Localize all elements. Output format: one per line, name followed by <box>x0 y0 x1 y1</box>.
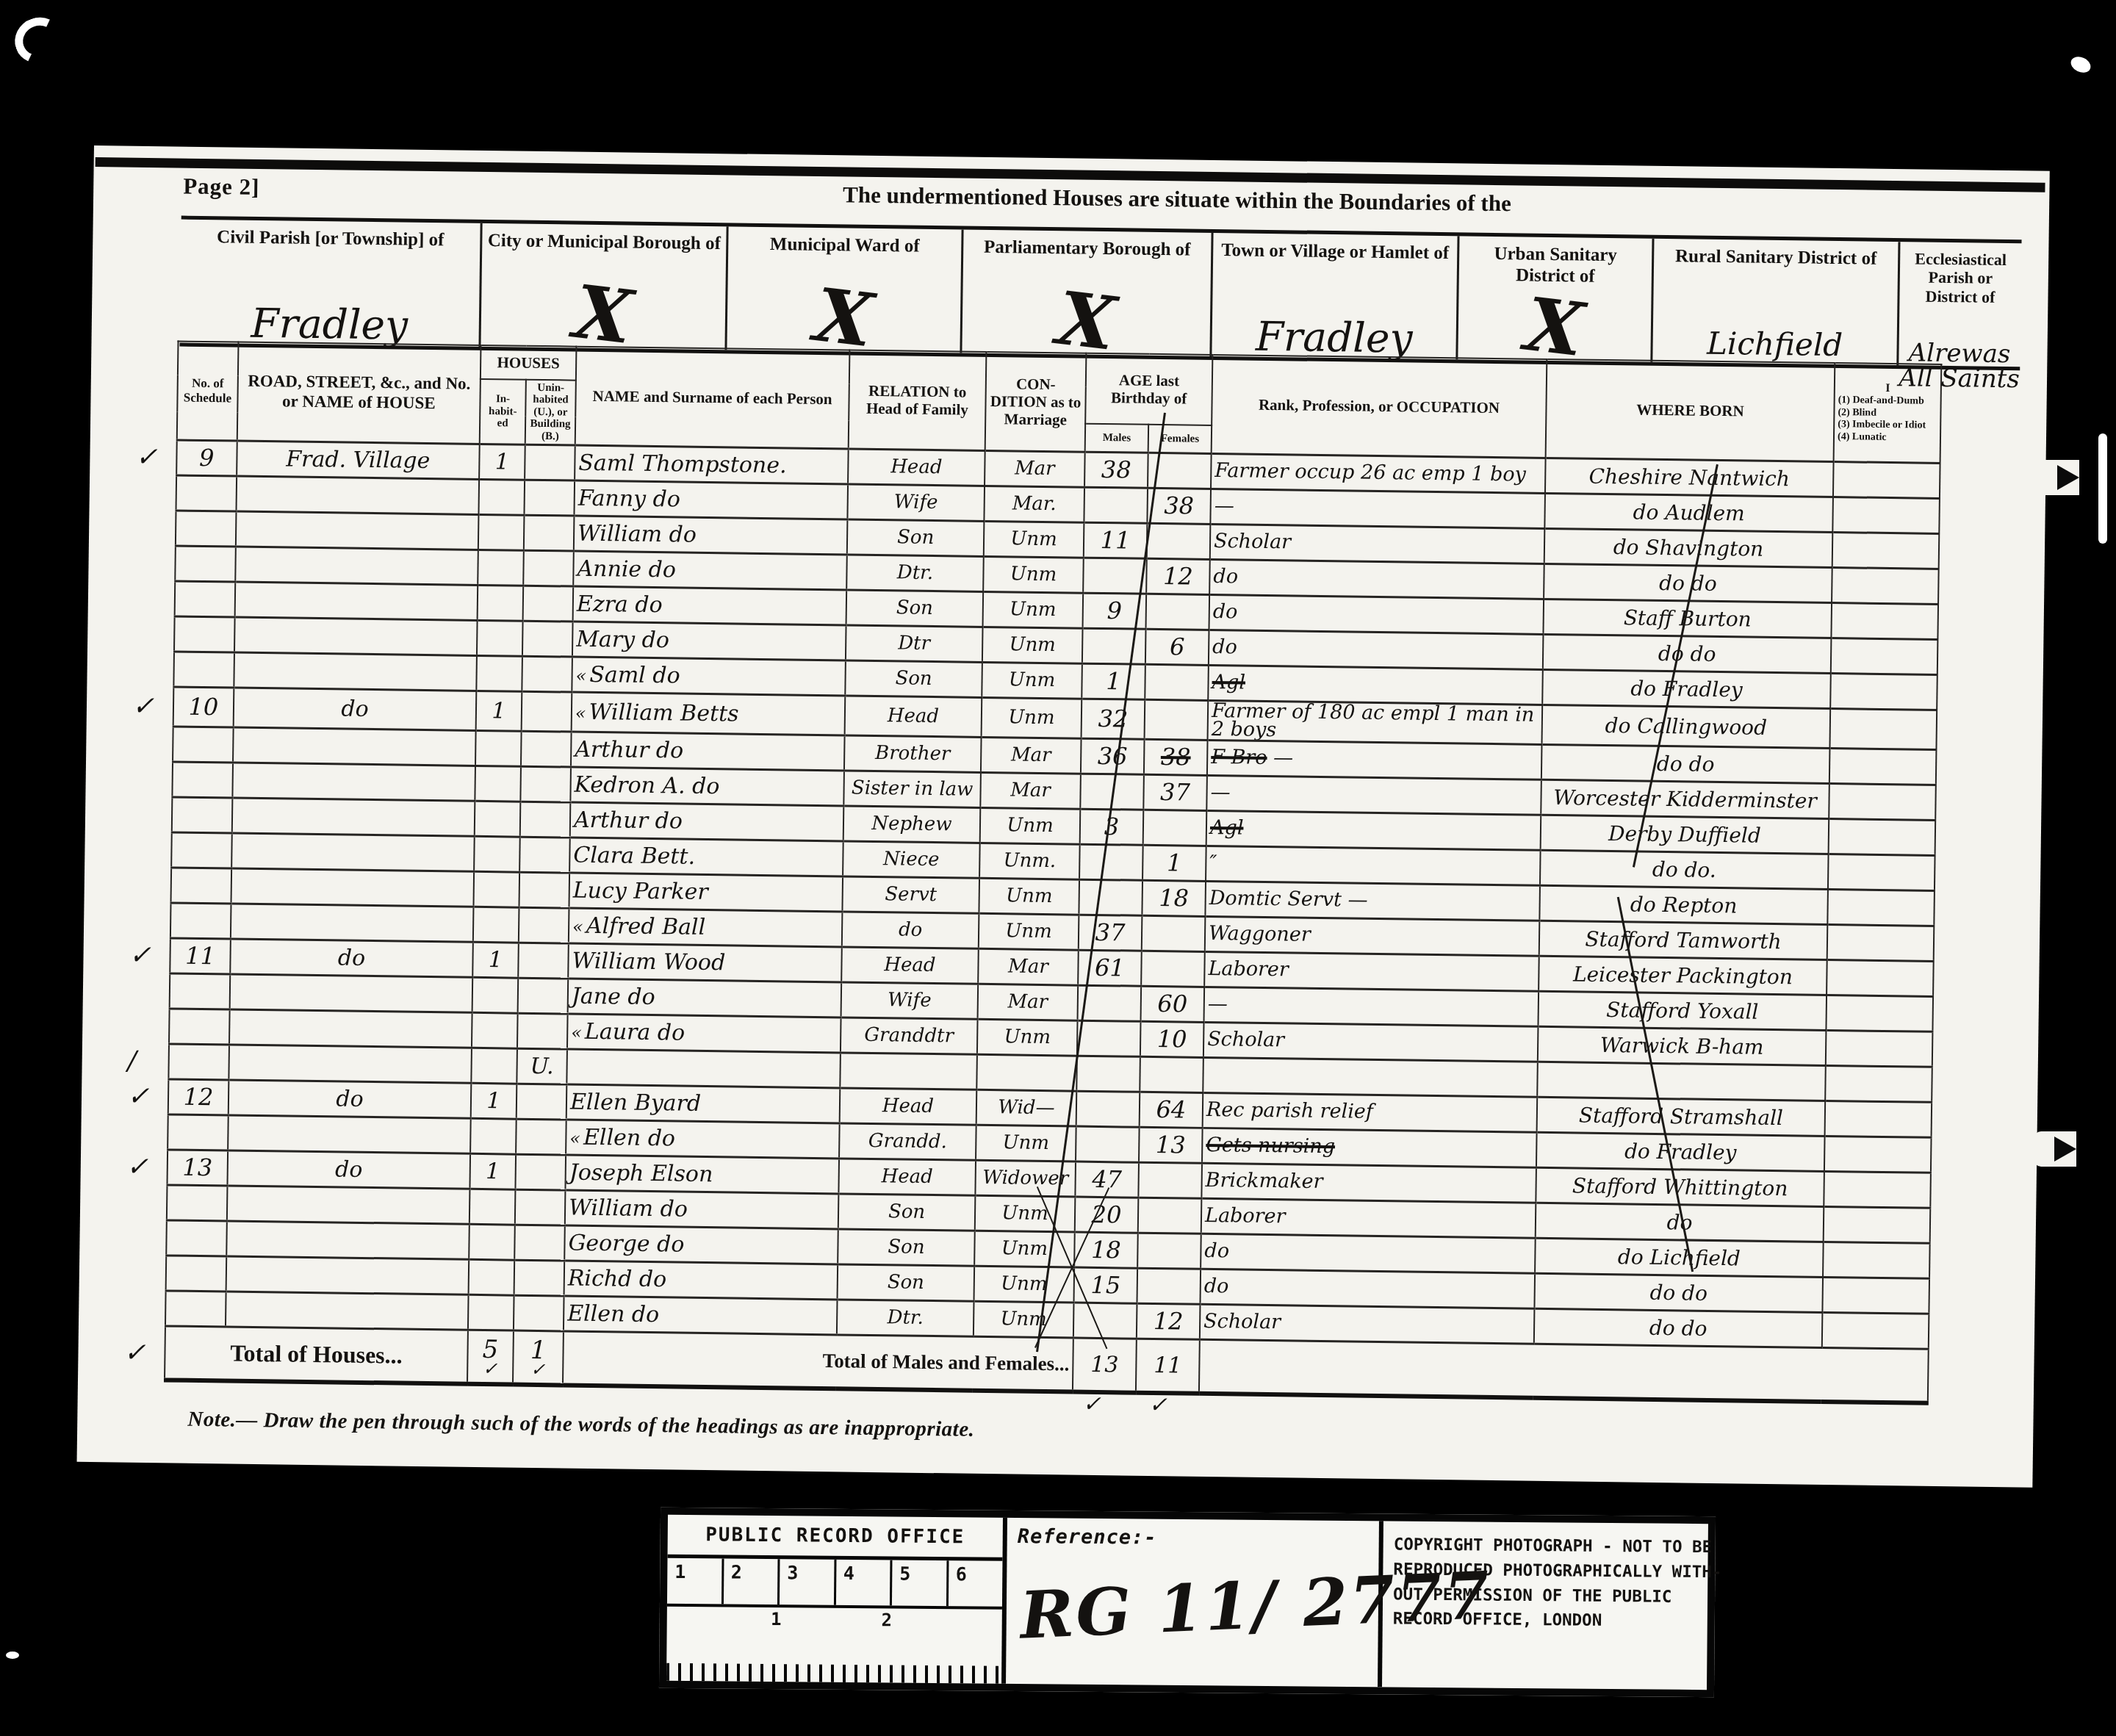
enumerator-mark: « <box>572 916 580 937</box>
schedule-number-cell <box>171 832 232 868</box>
houses-uninhabited-cell <box>514 1225 565 1261</box>
check-mark: ✓ <box>1082 1391 1101 1417</box>
schedule-number-cell <box>176 511 237 547</box>
age-female-cell: 1 <box>1142 845 1206 881</box>
person-name-cell-text: Ezra do <box>577 591 663 618</box>
age-male-cell-text: 11 <box>1100 526 1130 555</box>
age-male-cell-text: 1 <box>1106 667 1121 695</box>
houses-inhabited-cell-text: 1 <box>486 1088 501 1114</box>
person-name-cell-text: Alfred Ball <box>586 913 706 940</box>
houses-inhabited-cell: 1 <box>472 942 519 978</box>
occupation-cell: ″ <box>1206 846 1541 885</box>
road-cell <box>232 763 475 801</box>
occupation-cell: Domtic Servt — <box>1205 881 1540 921</box>
age-male-cell: 38 <box>1084 452 1148 488</box>
relation-cell: Head <box>838 1159 976 1195</box>
relation-cell-text: Son <box>888 1200 926 1223</box>
houses-uninhabited-cell <box>514 1295 564 1331</box>
houses-inhabited-cell-text: 1 <box>486 1159 500 1184</box>
road-cell <box>231 833 475 871</box>
age-female-cell <box>1140 1056 1203 1092</box>
relation-cell: Head <box>840 1088 977 1125</box>
houses-inhabited-cell <box>471 1048 517 1084</box>
relation-cell-text: Grandd. <box>868 1130 947 1153</box>
person-name-cell: Kedron A. do <box>570 767 844 806</box>
schedule-number-cell <box>171 868 232 904</box>
totals-empty-cells <box>1199 1339 1929 1403</box>
col-males: Males <box>1085 424 1148 453</box>
occupation-cell: do <box>1209 630 1544 669</box>
houses-uninhabited-cell <box>521 731 572 767</box>
houses-inhabited-cell <box>478 514 525 550</box>
condition-cell-text: Mar <box>1010 779 1051 802</box>
relation-cell-text: Son <box>896 597 934 619</box>
schedule-number-cell <box>174 616 235 652</box>
road-cell <box>230 974 473 1012</box>
condition-cell-text: Unm <box>1001 1203 1048 1225</box>
where-born-cell-text: do Fradley <box>1630 676 1743 702</box>
houses-inhabited-cell-text: 1 <box>495 449 510 475</box>
condition-cell-text: Unm <box>1005 921 1052 943</box>
houses-inhabited-cell: 1 <box>471 1083 517 1119</box>
person-name-cell: «Saml do <box>572 657 846 696</box>
schedule-number-cell <box>168 1114 228 1150</box>
houses-inhabited-cell <box>469 1259 515 1295</box>
schedule-number-cell: 12 <box>168 1079 229 1115</box>
houses-inhabited-cell <box>473 907 519 943</box>
field-label: Civil Parish [or Township] of <box>181 227 480 252</box>
row-tick <box>126 973 170 1009</box>
disability-cell <box>1827 959 1934 996</box>
where-born-cell: do Lichfield <box>1535 1238 1824 1277</box>
houses-inhabited-cell <box>475 766 521 802</box>
age-female-cell: 38 <box>1144 739 1208 775</box>
condition-cell-text: Unm <box>1008 706 1055 729</box>
occupation-cell: do <box>1209 559 1544 599</box>
road-cell-text: do <box>338 945 366 970</box>
pro-ruler-box: PUBLIC RECORD OFFICE 1 2 3 4 5 6 1 2 <box>666 1515 1007 1684</box>
age-male-cell: 11 <box>1084 522 1148 558</box>
disability-cell <box>1829 708 1937 749</box>
schedule-number-cell <box>175 580 236 616</box>
schedule-number-cell: 13 <box>167 1150 228 1186</box>
field-ecclesiastical-parish: Ecclesiastical Parish or District of Alr… <box>1899 242 2021 367</box>
photo-corner-arrow-icon <box>2034 1131 2076 1167</box>
person-name-cell: William do <box>574 516 848 555</box>
road-cell <box>235 547 478 585</box>
age-female-cell-text: 18 <box>1159 884 1189 912</box>
road-cell: do <box>230 939 473 977</box>
where-born-cell-text: Stafford Whittington <box>1572 1173 1788 1200</box>
houses-inhabited-cell <box>476 655 522 691</box>
occupation-cell-text: Agl <box>1212 671 1245 694</box>
road-cell <box>229 1009 472 1048</box>
age-female-cell-text: 1 <box>1167 849 1182 876</box>
row-tick: / <box>124 1043 169 1079</box>
row-tick <box>129 651 174 687</box>
where-born-cell: Cheshire Nantwich <box>1545 458 1834 497</box>
where-born-cell: Leicester Packington <box>1539 956 1827 995</box>
col-relation: RELATION to Head of Family <box>849 350 987 450</box>
row-tick <box>132 475 177 511</box>
schedule-number-cell <box>172 797 233 833</box>
where-born-cell-text: Worcester Kidderminster <box>1553 785 1817 813</box>
relation-cell-text: Head <box>884 954 936 976</box>
relation-cell: Brother <box>844 735 982 772</box>
age-male-cell-text: 38 <box>1101 455 1131 484</box>
age-male-cell: 20 <box>1075 1197 1139 1233</box>
occupation-cell-text: — <box>1210 781 1230 804</box>
col-inhabited: In-habit-ed <box>480 379 526 444</box>
condition-cell-text: Unm <box>1010 563 1057 586</box>
occupation-cell-text: Rec parish relief <box>1206 1098 1373 1123</box>
age-female-cell-text: 38 <box>1161 743 1191 771</box>
age-male-cell: 3 <box>1080 809 1144 845</box>
row-tick: ✓ <box>129 686 174 727</box>
age-female-cell <box>1142 915 1206 951</box>
relation-cell: Niece <box>843 841 980 878</box>
occupation-cell-text: — <box>1214 494 1234 517</box>
where-born-cell: do do. <box>1540 850 1829 889</box>
public-record-office-strip: PUBLIC RECORD OFFICE 1 2 3 4 5 6 1 2 Ref… <box>659 1508 1716 1698</box>
relation-cell-text: Sister in law <box>852 777 974 801</box>
schedule-number-cell-text: 13 <box>182 1153 212 1182</box>
ruler-number: 5 <box>892 1560 949 1606</box>
condition-cell-text: Unm <box>1002 1132 1049 1155</box>
occupation-cell: — <box>1210 489 1545 528</box>
road-cell <box>231 868 475 907</box>
relation-cell-text: Servt <box>885 883 937 906</box>
field-label: Parliamentary Borough of <box>963 237 1211 262</box>
relation-cell: Wife <box>847 483 985 520</box>
age-female-cell: 6 <box>1145 629 1209 665</box>
condition-cell: Unm <box>979 878 1079 915</box>
schedule-number-cell-text: 11 <box>185 942 215 970</box>
row-tick-text: ✓ <box>135 442 158 472</box>
schedule-number-cell <box>175 545 236 581</box>
houses-uninhabited-cell <box>520 802 571 838</box>
row-tick <box>129 726 173 762</box>
condition-cell: Unm <box>983 591 1084 628</box>
where-born-cell: do Audlem <box>1544 493 1833 532</box>
houses-inhabited-cell-text: 1 <box>489 947 503 973</box>
row-tick <box>126 902 171 938</box>
condition-cell: Mar <box>978 948 1079 985</box>
disability-cell <box>1825 1065 1932 1102</box>
condition-cell-text: Unm <box>1010 527 1057 550</box>
where-born-cell-text: do do <box>1657 752 1715 777</box>
where-born-cell-text: do Audlem <box>1633 500 1745 525</box>
where-born-cell: Stafford Yoxall <box>1539 991 1827 1030</box>
where-born-cell: do do <box>1543 634 1832 673</box>
age-female-cell <box>1143 810 1207 846</box>
occupation-cell: Gets nursing <box>1202 1128 1537 1167</box>
person-name-cell: «Ellen do <box>566 1120 840 1159</box>
check-mark: ✓ <box>1148 1392 1167 1418</box>
houses-inhabited-cell <box>468 1294 514 1330</box>
pro-reference-box: Reference:- RG 11/ 2777 <box>1006 1518 1379 1687</box>
ruler-inch-number: 1 <box>771 1609 782 1629</box>
houses-uninhabited-cell <box>518 978 569 1014</box>
road-cell-text: do <box>341 696 369 721</box>
where-born-cell: do do <box>1534 1273 1823 1312</box>
where-born-cell: do Callingwood <box>1542 705 1831 748</box>
schedule-number-cell <box>170 973 231 1009</box>
ruler-cm-scale: 1 2 3 4 5 6 <box>667 1558 1003 1610</box>
houses-inhabited-cell <box>478 585 524 621</box>
reference-label: Reference:- <box>1018 1525 1369 1551</box>
schedule-number-cell: 11 <box>170 938 231 974</box>
relation-cell-text: Head <box>888 705 940 727</box>
disability-cell <box>1822 1277 1929 1314</box>
schedule-number-cell <box>169 1009 230 1045</box>
relation-cell: Son <box>845 660 982 696</box>
ruler-inch-scale: 1 2 <box>666 1607 1002 1684</box>
where-born-cell: Stafford Tamworth <box>1539 921 1828 959</box>
houses-uninhabited-cell <box>524 515 575 551</box>
copyright-line: COPYRIGHT PHOTOGRAPH - NOT TO BE <box>1394 1532 1701 1560</box>
person-name-cell <box>566 1049 841 1088</box>
relation-cell-text: Dtr. <box>897 561 934 584</box>
schedule-number-cell <box>173 727 234 763</box>
relation-cell-text: Brother <box>875 742 951 765</box>
person-name-cell-text: Mary do <box>576 626 669 653</box>
age-female-cell-text: 13 <box>1156 1131 1186 1159</box>
occupation-cell-text: Scholar <box>1214 530 1291 553</box>
field-label: City or Municipal Borough of <box>482 231 726 255</box>
where-born-cell: do do <box>1541 744 1830 783</box>
relation-cell-text: Nephew <box>871 813 952 835</box>
relation-cell-text: Son <box>895 667 932 690</box>
age-male-cell <box>1076 1056 1140 1092</box>
person-name-cell-text: William do <box>577 520 697 547</box>
relation-cell: Dtr. <box>846 554 984 591</box>
age-female-cell: 18 <box>1142 880 1206 916</box>
occupation-cell: do <box>1201 1233 1536 1273</box>
condition-cell <box>976 1054 1077 1091</box>
age-male-cell: 37 <box>1079 915 1142 951</box>
scan-scuff-mark <box>2098 433 2107 544</box>
row-tick <box>132 510 176 546</box>
disability-cell <box>1823 1242 1930 1278</box>
where-born-cell: Warwick B-ham <box>1538 1026 1827 1065</box>
row-tick: ✓ <box>123 1149 168 1185</box>
schedule-number-cell-text: 10 <box>188 693 218 721</box>
schedule-number-cell-text: 12 <box>183 1083 213 1112</box>
field-parliamentary-borough: Parliamentary Borough of X <box>962 230 1213 356</box>
age-male-cell-text: 61 <box>1095 954 1125 982</box>
person-name-cell-text: Arthur do <box>574 807 683 834</box>
disability-cell <box>1829 783 1936 820</box>
scan-scuff-mark <box>8 11 69 71</box>
relation-cell-text: Dtr. <box>887 1306 924 1329</box>
occupation-cell <box>1203 1057 1538 1097</box>
ruler-inch-number: 2 <box>881 1610 892 1630</box>
relation-cell-text: Son <box>888 1271 925 1294</box>
person-name-cell: Clara Bett. <box>569 838 843 876</box>
person-name-cell-text: Clara Bett. <box>573 842 695 869</box>
houses-uninhabited-cell: U. <box>517 1048 567 1084</box>
schedule-number-cell <box>165 1291 226 1327</box>
footer-note: Note.— Draw the pen through such of the … <box>187 1408 974 1442</box>
road-cell: Frad. Village <box>237 441 480 479</box>
page-number-label: Page 2] <box>183 173 260 201</box>
row-tick <box>125 1008 170 1044</box>
houses-uninhabited-cell <box>522 656 572 692</box>
person-name-cell-text: Jane do <box>572 983 655 1009</box>
row-tick: ✓ <box>132 439 177 475</box>
person-name-cell: Ellen do <box>564 1296 838 1335</box>
age-female-cell-text: 10 <box>1157 1025 1187 1054</box>
houses-uninhabited-cell-text: U. <box>530 1054 554 1079</box>
occupation-cell-text: Waggoner <box>1209 922 1311 946</box>
where-born-cell-text: do Fradley <box>1624 1139 1737 1164</box>
row-tick <box>122 1220 167 1256</box>
col-females: Females <box>1148 425 1212 453</box>
disability-cell <box>1831 638 1938 674</box>
person-name-cell: «Alfred Ball <box>569 908 843 947</box>
row-tick <box>121 1290 166 1326</box>
occupation-cell: — <box>1204 987 1539 1026</box>
age-female-cell <box>1141 951 1205 987</box>
condition-cell: Unm <box>980 807 1081 844</box>
occupation-cell-text: Gets nursing <box>1206 1134 1335 1158</box>
condition-cell: Unm <box>982 627 1083 663</box>
condition-cell: Unm <box>976 1125 1076 1161</box>
where-born-cell: do Shavington <box>1544 528 1833 567</box>
schedule-number-cell <box>176 475 237 511</box>
condition-cell-text: Unm <box>1001 1238 1048 1261</box>
total-males-females-label: Total of Males and Females... <box>563 1331 1073 1392</box>
age-female-cell-text: 6 <box>1170 633 1185 660</box>
ruler-number: 3 <box>780 1559 836 1605</box>
person-name-cell-text: Kedron A. do <box>574 771 719 799</box>
disability-cell <box>1828 854 1935 890</box>
disability-cell <box>1830 673 1937 710</box>
page-title: The undermentioned Houses are situate wi… <box>843 181 1511 217</box>
houses-uninhabited-cell <box>522 621 573 657</box>
margin-tick-column <box>133 341 179 440</box>
occupation-cell-text: Scholar <box>1207 1028 1284 1051</box>
person-name-cell: «Laura do <box>567 1014 841 1053</box>
houses-inhabited-cell <box>473 871 519 907</box>
occupation-cell: Agl <box>1206 810 1541 850</box>
occupation-cell-text: — <box>1208 993 1228 1015</box>
occupation-cell-text: do <box>1212 635 1237 658</box>
person-name-cell-text: Fanny do <box>578 485 681 512</box>
person-name-cell: Richd do <box>564 1261 838 1300</box>
occupation-cell: Farmer of 180 ac empl 1 man in 2 boys <box>1208 700 1543 744</box>
age-male-cell-text: 37 <box>1095 918 1126 947</box>
field-civil-parish: Civil Parish [or Township] of Fradley <box>179 220 482 347</box>
relation-cell-text: Son <box>888 1236 925 1258</box>
age-female-cell <box>1137 1233 1201 1269</box>
occupation-cell-text: Farmer of 180 ac empl 1 man in 2 boys <box>1212 700 1535 741</box>
person-name-cell: Joseph Elson <box>565 1155 839 1194</box>
age-female-cell <box>1147 523 1211 559</box>
condition-cell: Mar. <box>984 486 1084 522</box>
age-female-cell-text: 64 <box>1156 1095 1186 1124</box>
age-female-cell-text: 37 <box>1160 778 1190 807</box>
road-cell <box>231 904 474 942</box>
houses-uninhabited-cell <box>523 550 574 586</box>
person-name-cell: Fanny do <box>574 480 848 519</box>
relation-cell-text: Niece <box>883 848 940 871</box>
age-male-cell <box>1076 1126 1140 1162</box>
condition-cell-text: Unm <box>1007 815 1054 838</box>
occupation-cell: Laborer <box>1201 1198 1536 1238</box>
person-name-cell-text: Ellen Byard <box>570 1089 702 1116</box>
field-value-handwritten: Alrewas All Saints <box>1899 340 2020 392</box>
col-houses-group: HOUSES <box>481 345 577 381</box>
row-tick <box>131 580 176 616</box>
age-female-cell: 12 <box>1137 1303 1201 1339</box>
houses-uninhabited-cell <box>515 1189 566 1225</box>
disability-cell <box>1829 818 1936 855</box>
age-female-cell: 64 <box>1140 1092 1203 1128</box>
occupation-cell-text: ″ <box>1209 851 1217 874</box>
condition-cell: Unm <box>982 662 1082 699</box>
person-name-cell: William Wood <box>568 943 842 982</box>
road-cell <box>228 1045 472 1083</box>
schedule-number-cell <box>168 1044 229 1080</box>
census-page: Page 2] The undermentioned Houses are si… <box>77 145 2050 1488</box>
age-female-cell-text: 12 <box>1163 562 1193 591</box>
schedule-number-cell: 10 <box>173 686 234 727</box>
ruler-number: 4 <box>835 1560 892 1606</box>
occupation-cell-text: Brickmaker <box>1206 1169 1323 1193</box>
houses-inhabited-cell <box>472 977 519 1013</box>
occupation-cell: F Bro — <box>1207 740 1542 779</box>
scan-background: { "page": { "page_label": "Page 2]", "ti… <box>0 0 2116 1736</box>
houses-inhabited-cell <box>475 801 521 837</box>
age-female-cell <box>1145 699 1209 740</box>
houses-uninhabited-cell <box>523 586 574 622</box>
relation-cell: Head <box>841 947 979 984</box>
houses-uninhabited-cell <box>517 1084 567 1120</box>
schedule-number-cell <box>170 903 231 939</box>
disability-cell <box>1831 602 1938 639</box>
occupation-cell-text: F Bro <box>1211 746 1267 769</box>
age-female-cell-text: 60 <box>1157 990 1187 1018</box>
condition-cell: Mar <box>980 772 1081 809</box>
person-name-cell: George do <box>564 1225 838 1264</box>
road-cell-text: do <box>336 1086 364 1112</box>
disability-cell <box>1824 1206 1931 1243</box>
road-cell <box>227 1186 470 1224</box>
where-born-cell: Derby Duffield <box>1541 815 1829 854</box>
person-name-cell-text: Richd do <box>568 1265 667 1292</box>
condition-cell-text: Mar <box>1015 457 1055 480</box>
age-female-cell <box>1138 1197 1202 1233</box>
road-cell: do <box>227 1150 470 1189</box>
field-town-village: Town or Village or Hamlet of Fradley <box>1212 233 1459 359</box>
houses-inhabited-cell <box>474 836 520 872</box>
field-rural-sanitary: Rural Sanitary District of Lichfield <box>1652 239 1900 365</box>
road-cell <box>235 582 478 620</box>
condition-cell: Mar <box>985 450 1085 487</box>
age-female-cell: 13 <box>1139 1127 1203 1163</box>
relation-cell: Dtr. <box>837 1300 974 1336</box>
where-born-cell-text: do do <box>1649 1281 1707 1305</box>
disability-cell <box>1827 924 1935 961</box>
where-born-cell: do Fradley <box>1542 669 1831 708</box>
disability-line: (2) Blind <box>1838 407 1937 421</box>
houses-inhabited-cell <box>469 1224 515 1260</box>
person-name-cell-text: Lucy Parker <box>573 877 708 904</box>
disability-line: (4) Lunatic <box>1838 431 1937 445</box>
relation-cell: Dtr <box>846 624 983 661</box>
